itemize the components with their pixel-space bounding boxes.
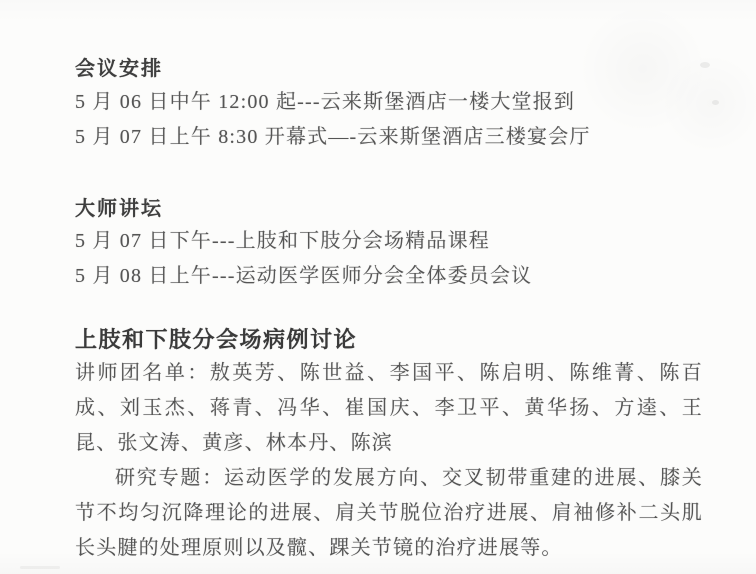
- faculty-list-paragraph: 讲师团名单：敖英芳、陈世益、李国平、陈启明、陈维菁、陈百成、刘玉杰、蒋青、冯华、…: [75, 356, 703, 461]
- section-heading-case-discussion: 上肢和下肢分会场病例讨论: [75, 323, 357, 354]
- research-topics-paragraph: 研究专题：运动医学的发展方向、交叉韧带重建的进展、膝关节不均匀沉降理论的进展、肩…: [75, 461, 703, 566]
- master-forum-lines: 5 月 07 日下午---上肢和下肢分会场精品课程 5 月 08 日上午---运…: [75, 224, 715, 294]
- forum-line-premium-course: 5 月 07 日下午---上肢和下肢分会场精品课程: [75, 224, 715, 259]
- schedule-line-registration: 5 月 06 日中午 12:00 起---云来斯堡酒店一楼大堂报到: [75, 85, 715, 120]
- case-discussion-body: 讲师团名单：敖英芳、陈世益、李国平、陈启明、陈维菁、陈百成、刘玉杰、蒋青、冯华、…: [75, 356, 703, 566]
- scan-artifact: [700, 62, 710, 68]
- schedule-line-opening-ceremony: 5 月 07 日上午 8:30 开幕式—-云来斯堡酒店三楼宴会厅: [75, 120, 715, 155]
- section-heading-master-forum: 大师讲坛: [75, 192, 163, 221]
- scan-artifact: [20, 566, 60, 569]
- forum-line-committee-meeting: 5 月 08 日上午---运动医学医师分会全体委员会议: [75, 259, 715, 294]
- section-heading-conference-schedule: 会议安排: [75, 52, 163, 81]
- scanned-document-page: 会议安排 5 月 06 日中午 12:00 起---云来斯堡酒店一楼大堂报到 5…: [0, 0, 756, 574]
- conference-schedule-lines: 5 月 06 日中午 12:00 起---云来斯堡酒店一楼大堂报到 5 月 07…: [75, 85, 715, 155]
